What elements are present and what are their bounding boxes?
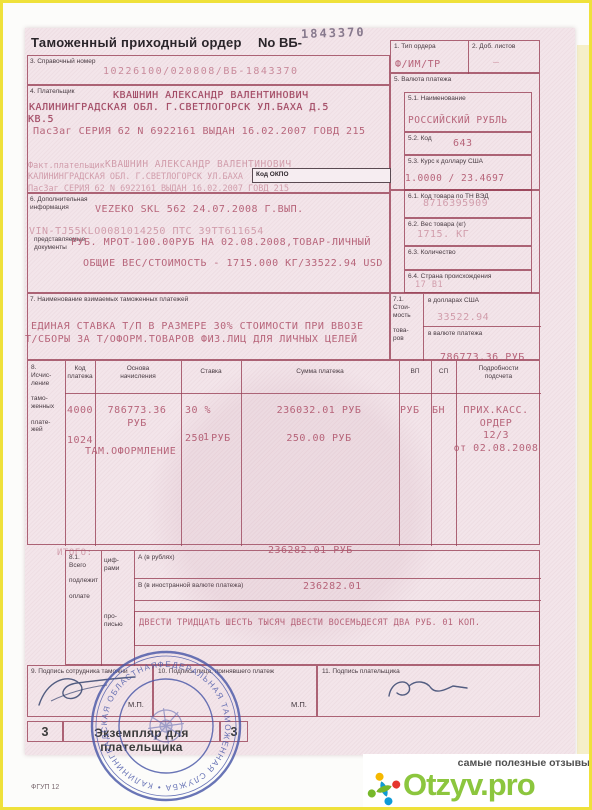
field-7-1-value-box: 7.1. Стои- мость това- ров в долларах СШ… (390, 293, 540, 360)
field-6-label: 6. Дополнительная информация (30, 196, 88, 212)
payer-passport: ПасЗаг СЕРИЯ 62 N 6922161 ВЫДАН 16.02.20… (33, 126, 366, 139)
exchange-rate-value: 1.0000 / 23.4697 (405, 173, 505, 185)
table-section-label: 8. Исчис- ление тамо- женных плате- жей (31, 364, 54, 434)
total-label: 8.1. Всего подлежит оплате (69, 554, 98, 601)
stamp-emblem (146, 706, 187, 747)
scan-edge-strip (577, 45, 589, 807)
customs-receipt-order-form: Таможенный приходный ордер No ВБ- 184337… (25, 28, 575, 755)
field-3-label: 3. Справочный номер (30, 58, 96, 66)
table-column-divider (399, 361, 400, 546)
field-1-2-divider (468, 41, 469, 74)
usd-value-label: в долларах США (428, 297, 479, 305)
actual-payer-address: КАЛИНИНГРАДСКАЯ ОБЛ. Г.СВЕТЛОГОРСК УЛ.БА… (28, 172, 243, 183)
add-sheets-value: – (493, 57, 500, 70)
table-header-underline (65, 393, 541, 394)
digits-label: циф- рами (104, 557, 119, 573)
field-6-2-label: 6.2. Вес товара (кг) (408, 221, 466, 229)
field-7-1-divider (423, 294, 424, 361)
header-details: Подробности подсчета (456, 365, 541, 381)
okpo-label: Код ОКПО (256, 171, 289, 179)
customs-round-stamp: ФЕДЕРАЛЬНАЯ ТАМОЖЕННАЯ СЛУЖБА • КАЛИНИНГ… (78, 638, 254, 810)
payments-line2: Т/СБОРЫ ЗА Т/ОФОРМ.ТОВАРОВ ФИЗ.ЛИЦ ДЛЯ Л… (25, 334, 358, 347)
form-title: Таможенный приходный ордер (31, 35, 242, 50)
header-sum: Сумма платежа (241, 368, 399, 376)
table-column-divider (431, 361, 432, 546)
reference-number-value: 10226100/020808/ВБ-1843370 (103, 66, 299, 79)
itogo-typed: ИТОГО: (57, 548, 93, 559)
row1-details: ПРИХ.КАСС. ОРДЕР 12/3 от 02.08.2008 (450, 405, 542, 455)
form-type-code: ФГУП 12 (31, 784, 59, 791)
row1-payment-code: 4000 (67, 405, 93, 418)
payer-signature (383, 674, 473, 706)
currency-value-label: в валюте платежа (428, 330, 482, 338)
extra-info-line1: VEZEKO SKL 562 24.07.2008 Г.ВЫП. (95, 204, 304, 217)
currency-name-value: РОССИЙСКИЙ РУБЛЬ (408, 115, 508, 127)
payer-address: КАЛИНИНГРАДСКАЯ ОБЛ. Г.СВЕТЛОГОРСК УЛ.БА… (29, 102, 329, 115)
header-rate: Ставка (181, 368, 241, 376)
total-inner-line (134, 600, 541, 601)
row1-rate: 30 % (185, 405, 211, 418)
value-usd: 33522.94 (437, 312, 489, 325)
foreign-amount-label: В (в иностранной валюте платежа) (138, 582, 243, 590)
field-7-label: 7. Наименование взимаемых таможенных пла… (30, 296, 188, 304)
total-divider (101, 551, 102, 666)
value-in-payment-currency: 786773.36 РУБ (440, 352, 525, 365)
tnved-code-value: 8716395909 (423, 198, 488, 211)
okpo-code-box: Код ОКПО (252, 168, 391, 183)
field-6-3-box: 6.3. Количество (404, 246, 532, 270)
pinwheel-figures (367, 772, 401, 807)
extra-info-line3: РУБ. МРОТ-100.00РУБ НА 02.08.2008,ТОВАР-… (71, 237, 371, 250)
field-7-1-inner-line (423, 326, 541, 327)
field-6-3-label: 6.3. Количество (408, 249, 456, 257)
field-5-1-label: 5.1. Наименование (408, 95, 466, 103)
row2-base-name: ТАМ.ОФОРМЛЕНИЕ (85, 446, 176, 459)
field-4-label: 4. Плательщик (30, 88, 74, 96)
actual-payer-label: Факт.плательщик (28, 161, 105, 172)
otzyv-logo-icon (367, 768, 401, 810)
payments-line1: ЕДИНАЯ СТАВКА Т/П В РАЗМЕРЕ 30% СТОИМОСТ… (31, 321, 364, 334)
watermark-brand: Otzyv.pro (403, 767, 535, 803)
row2-sum: 250.00 РУБ (240, 433, 398, 446)
actual-payer-passport: ПасЗаг СЕРИЯ 62 N 6922161 ВЫДАН 16.02.20… (28, 184, 289, 195)
total-divider (134, 551, 135, 666)
order-number-prefix: No ВБ- (258, 35, 302, 50)
order-number-stamp: 1843370 (301, 25, 366, 41)
total-rubles-value: 236282.01 РУБ (268, 545, 353, 558)
seal-place-mark-2: М.П. (291, 700, 307, 709)
row2-rate: 250 РУБ (185, 433, 231, 446)
table-column-divider (241, 361, 242, 546)
words-label: про- писью (104, 613, 123, 629)
row1-vp: РУБ (400, 405, 420, 418)
header-sp: СП (431, 368, 456, 376)
total-foreign-value: 236282.01 (303, 581, 362, 594)
table-column-divider (65, 361, 66, 546)
field-5-2-label: 5.2. Код (408, 135, 432, 143)
total-inner-line (134, 578, 541, 579)
stamp-ring-text: ФЕДЕРАЛЬНАЯ ТАМОЖЕННАЯ СЛУЖБА • КАЛИНИНГ… (78, 638, 241, 803)
row1-sp: БН (432, 405, 445, 418)
header-payment-code: Код платежа (65, 365, 95, 381)
order-type-value: Ф/ИМ/ТР (395, 59, 441, 72)
total-payable-box: 8.1. Всего подлежит оплате циф- рами про… (65, 550, 540, 665)
row1-sum: 236032.01 РУБ (240, 405, 398, 418)
header-base: Основа начисления (95, 365, 181, 381)
amount-in-words-value: ДВЕСТИ ТРИДЦАТЬ ШЕСТЬ ТЫСЯЧ ДВЕСТИ ВОСЕМ… (139, 618, 480, 629)
origin-country-value: 17 В1 (415, 280, 443, 291)
field-7-1-label: 7.1. Стои- мость това- ров (393, 296, 411, 343)
header-vp: ВП (399, 368, 431, 376)
goods-weight-value: 1715. КГ (417, 229, 469, 242)
rubles-amount-label: А (в рублях) (138, 554, 175, 562)
extra-info-line4: ОБЩИЕ ВЕС/СТОИМОСТЬ - 1715.000 КГ/33522.… (83, 258, 383, 271)
document-scan-page: Таможенный приходный ордер No ВБ- 184337… (0, 0, 592, 810)
otzyv-watermark: самые полезные отзывы Otzyv.pro (363, 754, 592, 810)
currency-code-value: 643 (453, 138, 473, 151)
table-column-divider (181, 361, 182, 546)
field-2-label: 2. Доб. листов (472, 43, 515, 51)
field-1-label: 1. Тип ордера (394, 43, 436, 51)
payer-name: КВАШНИН АЛЕКСАНДР ВАЛЕНТИНОВИЧ (113, 90, 309, 103)
field-5-3-label: 5.3. Курс к доллару США (408, 158, 483, 166)
payer-address2: КВ.5 (28, 114, 54, 127)
copy-number-box-left: 3 (27, 721, 63, 742)
field-5-label: 5. Валюта платежа (394, 76, 451, 84)
row1-base: 786773.36 РУБ (94, 405, 180, 430)
